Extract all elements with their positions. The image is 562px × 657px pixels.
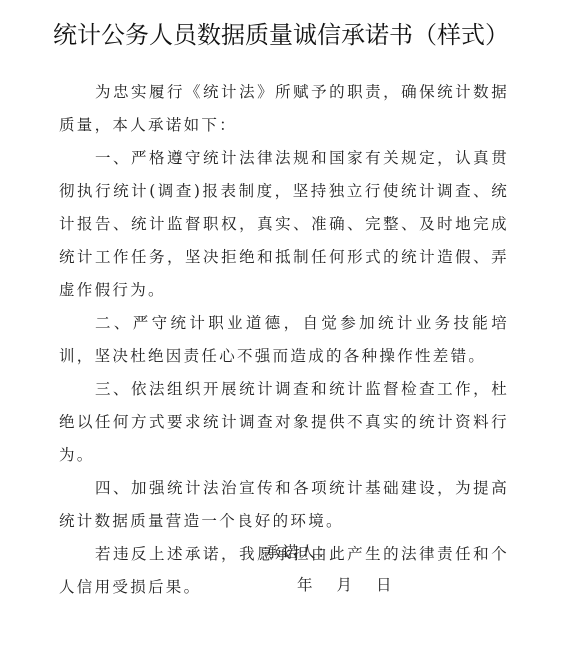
promisor-label: 承诺人： — [265, 536, 335, 569]
pledge-document: 统计公务人员数据质量诚信承诺书（样式） 为忠实履行《统计法》所赋予的职责，确保统… — [0, 0, 562, 657]
paragraph-item-2: 二、严守统计职业道德，自觉参加统计业务技能培训，坚决杜绝因责任心不强而造成的各种… — [59, 307, 509, 373]
date-year-label: 年 — [297, 569, 315, 602]
paragraph-item-4: 四、加强统计法治宣传和各项统计基础建设，为提高统计数据质量营造一个良好的环境。 — [59, 472, 509, 538]
paragraph-intro: 为忠实履行《统计法》所赋予的职责，确保统计数据质量，本人承诺如下： — [59, 76, 509, 142]
document-body: 为忠实履行《统计法》所赋予的职责，确保统计数据质量，本人承诺如下： 一、严格遵守… — [59, 76, 509, 604]
document-title: 统计公务人员数据质量诚信承诺书（样式） — [0, 18, 562, 52]
paragraph-item-3: 三、依法组织开展统计调查和统计监督检查工作，杜绝以任何方式要求统计调查对象提供不… — [59, 373, 509, 472]
date-day-label: 日 — [376, 569, 394, 602]
paragraph-item-1: 一、严格遵守统计法律法规和国家有关规定，认真贯彻执行统计(调查)报表制度，坚持独… — [59, 142, 509, 307]
date-line: 年月日 — [297, 569, 394, 602]
date-month-label: 月 — [337, 569, 355, 602]
